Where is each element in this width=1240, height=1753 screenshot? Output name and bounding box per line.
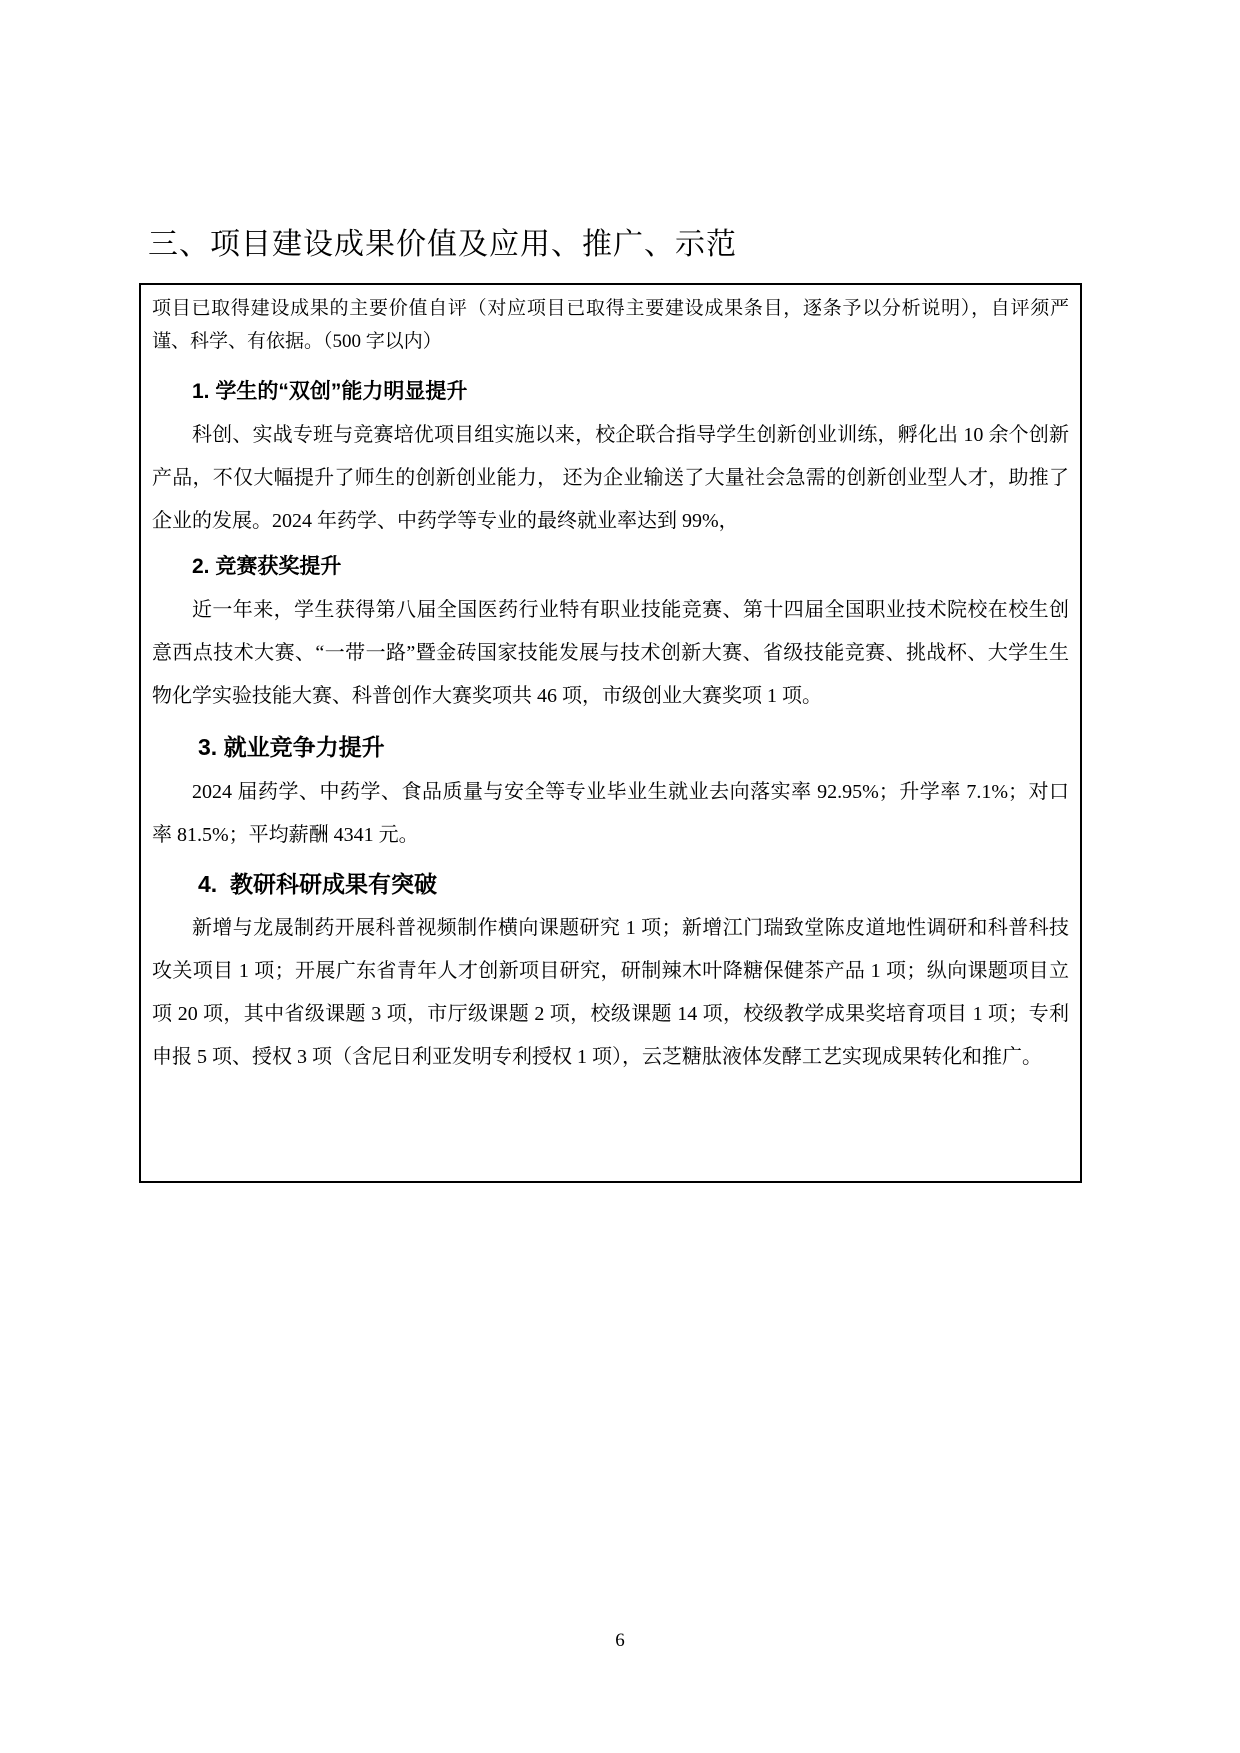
content-box: 项目已取得建设成果的主要价值自评（对应项目已取得主要建设成果条目，逐条予以分析说…: [139, 283, 1082, 1183]
section-title: 三、项目建设成果价值及应用、推广、示范: [148, 226, 737, 264]
section-3-heading: 3. 就业竞争力提升: [198, 734, 1069, 760]
page-number: 6: [0, 1630, 1240, 1652]
section-3-body: 2024 届药学、中药学、食品质量与安全等专业毕业生就业去向落实率 92.95%…: [152, 771, 1069, 857]
section-2-body: 近一年来，学生获得第八届全国医药行业特有职业技能竞赛、第十四届全国职业技术院校在…: [152, 589, 1069, 718]
intro-note: 项目已取得建设成果的主要价值自评（对应项目已取得主要建设成果条目，逐条予以分析说…: [152, 292, 1069, 358]
section-1-body: 科创、实战专班与竞赛培优项目组实施以来，校企联合指导学生创新创业训练，孵化出 1…: [152, 414, 1069, 543]
section-3: 3. 就业竞争力提升 2024 届药学、中药学、食品质量与安全等专业毕业生就业去…: [152, 734, 1069, 856]
section-4-heading: 4. 教研科研成果有突破: [198, 871, 1069, 897]
section-2-heading: 2. 竞赛获奖提升: [192, 555, 1069, 579]
document-page: 三、项目建设成果价值及应用、推广、示范 项目已取得建设成果的主要价值自评（对应项…: [0, 0, 1240, 1753]
section-1: 1. 学生的“双创”能力明显提升 科创、实战专班与竞赛培优项目组实施以来，校企联…: [152, 380, 1069, 543]
section-4-body: 新增与龙晟制药开展科普视频制作横向课题研究 1 项；新增江门瑞致堂陈皮道地性调研…: [152, 907, 1069, 1079]
section-4: 4. 教研科研成果有突破 新增与龙晟制药开展科普视频制作横向课题研究 1 项；新…: [152, 871, 1069, 1079]
section-2: 2. 竞赛获奖提升 近一年来，学生获得第八届全国医药行业特有职业技能竞赛、第十四…: [152, 555, 1069, 718]
section-1-heading: 1. 学生的“双创”能力明显提升: [192, 380, 1069, 404]
